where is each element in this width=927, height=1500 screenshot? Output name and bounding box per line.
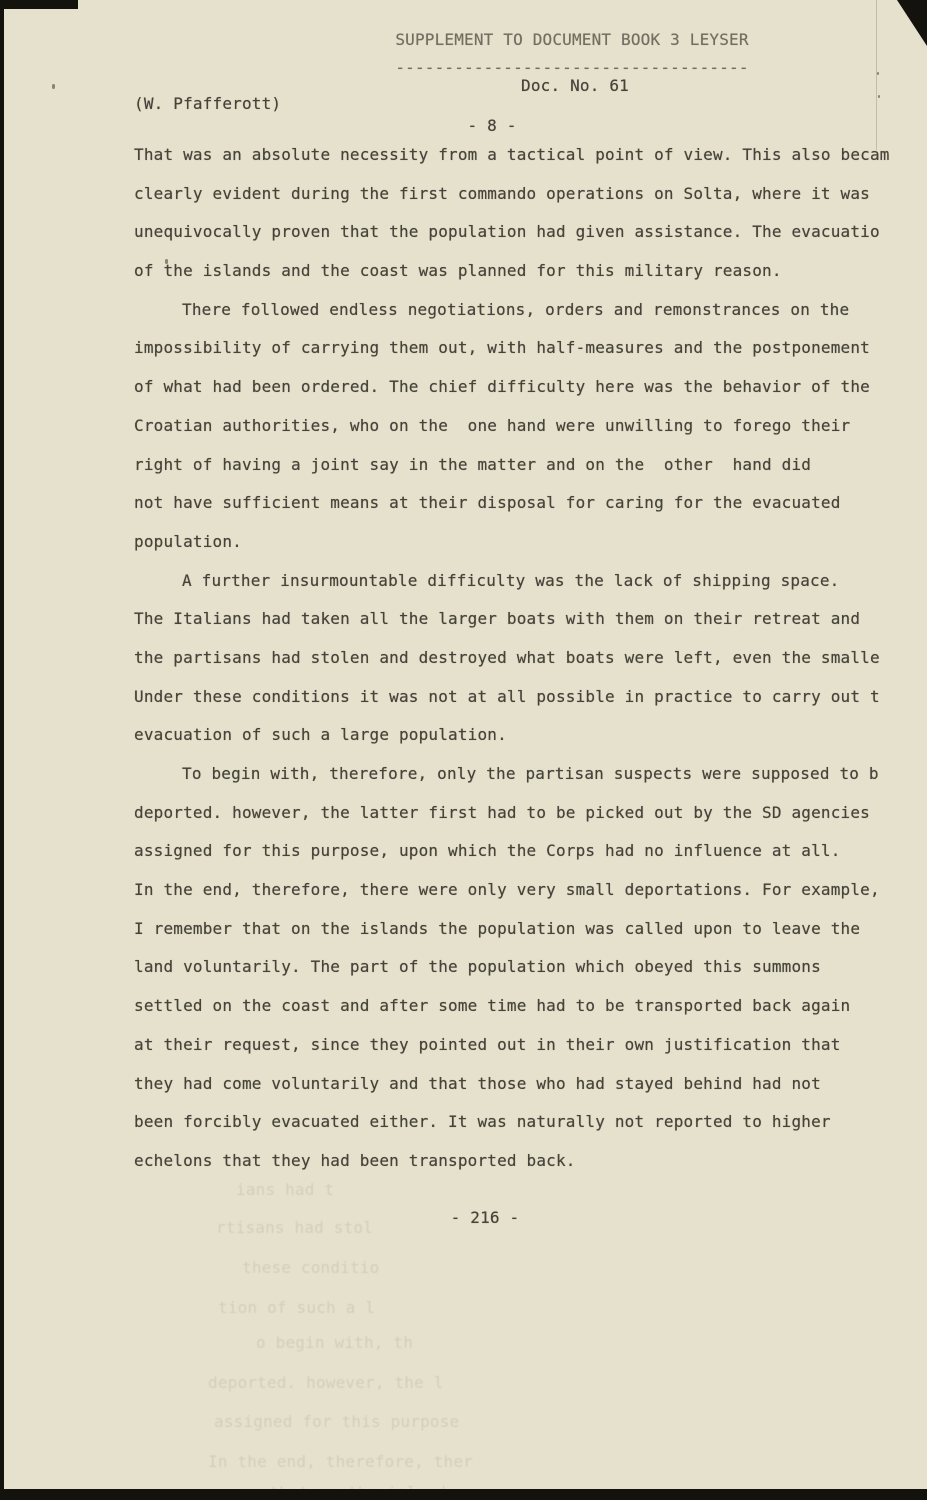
ghost-line: In the end, therefore, ther (208, 1452, 473, 1471)
ghost-line: deported. however, the l (208, 1373, 444, 1392)
paper-sheet: SUPPLEMENT TO DOCUMENT BOOK 3 LEYSER ---… (4, 0, 927, 1490)
typed-body-text: That was an absolute necessity from a ta… (134, 145, 904, 1190)
typed-line: I remember that on the islands the popul… (134, 919, 904, 958)
typed-line: at their request, since they pointed out… (134, 1035, 904, 1074)
typed-line: Croatian authorities, who on the one han… (134, 416, 904, 455)
scan-corner-top-right (897, 0, 927, 46)
typed-line: impossibility of carrying them out, with… (134, 338, 904, 377)
typed-line: A further insurmountable difficulty was … (134, 571, 904, 610)
typed-line: deported. however, the latter first had … (134, 803, 904, 842)
typed-line: settled on the coast and after some time… (134, 996, 904, 1035)
attribution: (W. Pfafferott) (134, 96, 281, 112)
ghost-line: o begin with, th (256, 1333, 413, 1352)
typed-line: been forcibly evacuated either. It was n… (134, 1112, 904, 1151)
page-number-bottom: - 216 - (451, 1210, 520, 1226)
typed-line: The Italians had taken all the larger bo… (134, 609, 904, 648)
typed-line: not have sufficient means at their dispo… (134, 493, 904, 532)
ghost-line: tion of such a l (218, 1298, 375, 1317)
document-book-title: SUPPLEMENT TO DOCUMENT BOOK 3 LEYSER (395, 32, 748, 48)
ink-speck (878, 95, 880, 98)
ink-speck (52, 84, 55, 89)
typed-line: unequivocally proven that the population… (134, 222, 904, 261)
ghost-line: ians had t (236, 1180, 334, 1199)
typed-line: population. (134, 532, 904, 571)
typed-line: land voluntarily. The part of the popula… (134, 957, 904, 996)
typed-line: the partisans had stolen and destroyed w… (134, 648, 904, 687)
typed-line: To begin with, therefore, only the parti… (134, 764, 904, 803)
scanned-document-page: { "document": { "header": { "title": "SU… (0, 0, 927, 1500)
typed-line: of the islands and the coast was planned… (134, 261, 904, 300)
scan-edge-bottom (0, 1489, 927, 1500)
title-underline: ------------------------------------ (395, 60, 748, 76)
scan-edge-left (0, 0, 4, 1500)
ink-speck (165, 259, 168, 264)
typed-line: evacuation of such a large population. (134, 725, 904, 764)
ghost-line: assigned for this purpose (214, 1412, 459, 1431)
page-number-top: - 8 - (467, 118, 516, 134)
typed-line: of what had been ordered. The chief diff… (134, 377, 904, 416)
typed-line: That was an absolute necessity from a ta… (134, 145, 904, 184)
typed-line: In the end, therefore, there were only v… (134, 880, 904, 919)
doc-number: Doc. No. 61 (521, 78, 629, 94)
typed-line: they had come voluntarily and that those… (134, 1074, 904, 1113)
typed-line: There followed endless negotiations, ord… (134, 300, 904, 339)
ink-speck (877, 72, 879, 75)
ghost-line: these conditio (242, 1258, 379, 1277)
scan-edge-top-left (0, 0, 78, 9)
paper-crease (876, 0, 877, 150)
typed-line: clearly evident during the first command… (134, 184, 904, 223)
ghost-line: rtisans had stol (216, 1218, 373, 1237)
typed-line: right of having a joint say in the matte… (134, 455, 904, 494)
typed-line: Under these conditions it was not at all… (134, 687, 904, 726)
typed-line: assigned for this purpose, upon which th… (134, 841, 904, 880)
